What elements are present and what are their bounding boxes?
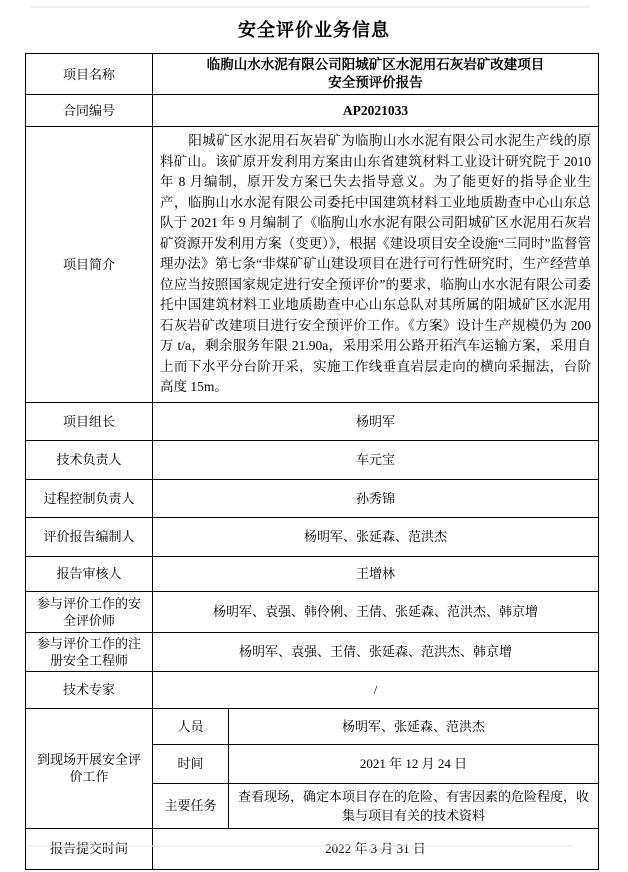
row-report-submit-time: 报告提交时间 2022 年 3 月 31 日 (26, 828, 599, 869)
site-work-time-label: 时间 (153, 744, 229, 783)
project-intro-text: 阳城矿区水泥用石灰岩矿为临朐山水水泥有限公司水泥生产线的原料矿山。该矿原开发利用… (160, 131, 591, 398)
row-tech-experts: 技术专家 / (26, 671, 599, 708)
document-page: 安全评价业务信息 项目名称 临朐山水水泥有限公司阳城矿区水泥用石灰岩矿改建项目 … (0, 0, 628, 872)
project-leader-label: 项目组长 (26, 402, 153, 440)
scan-artifact-top (30, 6, 590, 8)
report-reviewer-value: 王增林 (153, 556, 599, 591)
site-work-label: 到现场开展安全评价工作 (26, 708, 153, 828)
tech-experts-value: / (153, 671, 599, 708)
contract-no-value: AP2021033 (153, 95, 599, 127)
project-intro-cell: 阳城矿区水泥用石灰岩矿为临朐山水水泥有限公司水泥生产线的原料矿山。该矿原开发利用… (153, 127, 599, 403)
row-registered-safety-engineers: 参与评价工作的注册安全工程师 杨明军、袁强、王倩、张延森、范洪杰、韩京增 (26, 632, 599, 671)
row-report-reviewer: 报告审核人 王增林 (26, 556, 599, 591)
process-control-lead-value: 孙秀锦 (153, 479, 599, 517)
tech-lead-label: 技术负责人 (26, 440, 153, 479)
row-contract-no: 合同编号 AP2021033 (26, 95, 599, 127)
safety-evaluators-value: 杨明军、袁强、韩伶俐、王倩、张延森、范洪杰、韩京增 (153, 591, 599, 632)
project-name-line1: 临朐山水水泥有限公司阳城矿区水泥用石灰岩矿改建项目 (158, 56, 593, 74)
row-project-intro: 项目简介 阳城矿区水泥用石灰岩矿为临朐山水水泥有限公司水泥生产线的原料矿山。该矿… (26, 127, 599, 403)
row-tech-lead: 技术负责人 车元宝 (26, 440, 599, 479)
row-project-leader: 项目组长 杨明军 (26, 402, 599, 440)
row-safety-evaluators: 参与评价工作的安全评价师 杨明军、袁强、韩伶俐、王倩、张延森、范洪杰、韩京增 (26, 591, 599, 632)
row-site-work-personnel: 到现场开展安全评价工作 人员 杨明军、张延森、范洪杰 (26, 708, 599, 744)
report-compilers-value: 杨明军、张延森、范洪杰 (153, 517, 599, 556)
site-work-personnel-label: 人员 (153, 708, 229, 744)
project-name-line2: 安全预评价报告 (158, 74, 593, 92)
site-work-time-value: 2021 年 12 月 24 日 (229, 744, 599, 783)
registered-safety-engineers-value: 杨明军、袁强、王倩、张延森、范洪杰、韩京增 (153, 632, 599, 671)
contract-no-label: 合同编号 (26, 95, 153, 127)
project-intro-label: 项目简介 (26, 127, 153, 403)
site-work-main-task-label: 主要任务 (153, 783, 229, 828)
process-control-lead-label: 过程控制负责人 (26, 479, 153, 517)
report-submit-time-value: 2022 年 3 月 31 日 (153, 828, 599, 869)
safety-evaluation-info-table: 项目名称 临朐山水水泥有限公司阳城矿区水泥用石灰岩矿改建项目 安全预评价报告 合… (25, 53, 599, 870)
report-reviewer-label: 报告审核人 (26, 556, 153, 591)
project-name-value: 临朐山水水泥有限公司阳城矿区水泥用石灰岩矿改建项目 安全预评价报告 (153, 54, 599, 95)
safety-evaluators-label: 参与评价工作的安全评价师 (26, 591, 153, 632)
project-name-label: 项目名称 (26, 54, 153, 95)
project-leader-value: 杨明军 (153, 402, 599, 440)
row-process-control-lead: 过程控制负责人 孙秀锦 (26, 479, 599, 517)
report-compilers-label: 评价报告编制人 (26, 517, 153, 556)
tech-experts-label: 技术专家 (26, 671, 153, 708)
registered-safety-engineers-label: 参与评价工作的注册安全工程师 (26, 632, 153, 671)
site-work-main-task-value: 查看现场，确定本项目存在的危险、有害因素的危险程度，收集与项目有关的技术资料 (229, 783, 599, 828)
site-work-personnel-value: 杨明军、张延森、范洪杰 (229, 708, 599, 744)
tech-lead-value: 车元宝 (153, 440, 599, 479)
report-submit-time-label: 报告提交时间 (26, 828, 153, 869)
scan-artifact-bottom (28, 845, 573, 847)
row-project-name: 项目名称 临朐山水水泥有限公司阳城矿区水泥用石灰岩矿改建项目 安全预评价报告 (26, 54, 599, 95)
row-report-compilers: 评价报告编制人 杨明军、张延森、范洪杰 (26, 517, 599, 556)
